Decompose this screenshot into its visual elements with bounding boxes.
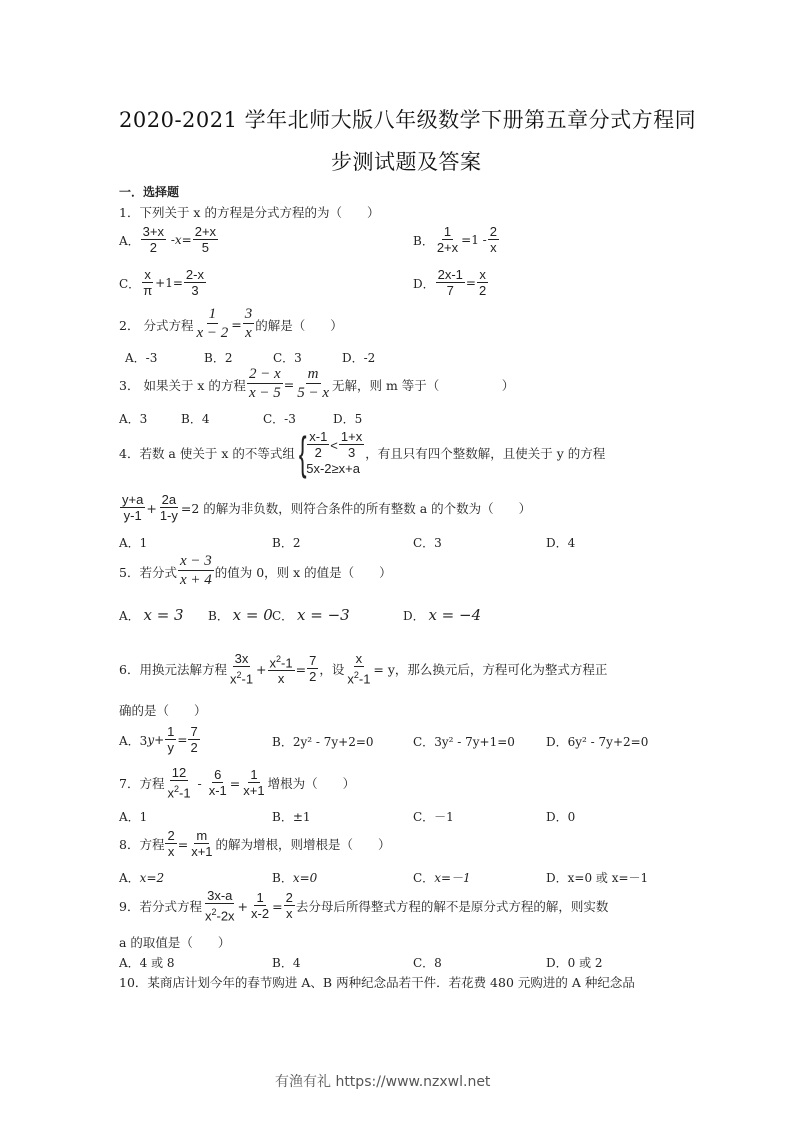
question-1-option-d: D．2x-17=x2 xyxy=(413,267,489,299)
question-9: 9．若分式方程3x-ax2-2x+1x-2=2x去分母后所得整式方程的解不是原分… xyxy=(119,888,608,924)
question-6-line-2: 确的是（ ） xyxy=(119,701,207,719)
question-1: 1．下列关于 x 的方程是分式方程的为（ ） xyxy=(119,203,379,221)
question-8-option-c: C．x=－1 xyxy=(413,869,471,886)
question-9-option-b: B．4 xyxy=(272,954,300,971)
question-10: 10．某商店计划今年的春节购进 A、B 两种纪念品若干件．若花费 480 元购进… xyxy=(119,973,635,991)
question-3-option-d: D．5 xyxy=(333,410,362,427)
question-2-option-d: D．-2 xyxy=(342,349,375,366)
question-2: 2． 分式方程1x − 2=3x的解是（ ） xyxy=(119,306,343,343)
question-2-equation: 1x − 2 xyxy=(194,306,230,343)
question-7: 7．方程12x2-1 - 6x-1=1x+1增根为（ ） xyxy=(119,765,355,801)
question-2-option-b: B．2 xyxy=(204,349,232,366)
question-7-option-b: B．±1 xyxy=(272,808,311,825)
question-7-equation: 12x2-1 xyxy=(165,765,192,801)
question-1-option-c: C．xπ+1=2-x3 xyxy=(119,267,207,299)
question-9-line-2: a 的取值是（ ） xyxy=(119,933,230,951)
question-5-option-c: C． x = −3 xyxy=(272,606,350,624)
question-4-option-a: A．1 xyxy=(119,534,147,551)
question-1-option-a: A．3+x2 - x=2+x5 xyxy=(119,224,219,256)
question-5-option-b: B． x = 0 xyxy=(208,606,273,624)
question-3-option-c: C．-3 xyxy=(263,410,296,427)
question-7-option-a: A．1 xyxy=(119,808,147,825)
question-8-option-d: D．x=0 或 x=－1 xyxy=(546,869,648,886)
question-4-option-d: D．4 xyxy=(546,534,575,551)
question-6-option-b: B．2y² - 7y+2=0 xyxy=(272,733,374,750)
question-8-option-b: B．x=0 xyxy=(272,869,317,886)
question-5-option-d: D． x = −4 xyxy=(403,606,481,624)
question-6-equation: 3xx2-1 xyxy=(228,651,255,687)
question-6: 6．用换元法解方程3xx2-1+x2-1x=72，设xx2-1= y，那么换元后… xyxy=(119,651,607,687)
question-3-equation: 2 − xx − 5 xyxy=(247,366,283,403)
question-6-option-d: D．6y² - 7y+2=0 xyxy=(546,733,648,750)
question-8-option-a: A．x=2 xyxy=(119,869,164,886)
question-4-option-c: C．3 xyxy=(413,534,442,551)
question-9-option-a: A．4 或 8 xyxy=(119,954,175,971)
footer-watermark: 有渔有礼 https://www.nzxwl.net xyxy=(275,1071,490,1091)
question-8: 8．方程2x=mx+1的解为增根，则增根是（ ） xyxy=(119,828,391,860)
question-5-option-a: A． x = 3 xyxy=(119,606,184,624)
question-6-option-a: A．3y+1y=72 xyxy=(119,724,201,756)
document-title-line-2: 步测试题及答案 xyxy=(331,146,482,176)
question-9-equation: 3x-ax2-2x xyxy=(203,888,237,924)
question-7-option-d: D．0 xyxy=(546,808,575,825)
question-9-option-d: D．0 或 2 xyxy=(546,954,603,971)
question-1-option-b: B．12+x=1 - 2x xyxy=(413,224,500,256)
question-7-option-c: C．－1 xyxy=(413,808,454,825)
question-4: 4．若数 a 使关于 x 的不等式组 { x-12<1+x3 5x-2≥x+a … xyxy=(119,429,605,476)
question-4-line-2: y+ay-1+2a1-y=2 的解为非负数，则符合条件的所有整数 a 的个数为（… xyxy=(119,492,531,524)
question-8-equation: 2x xyxy=(165,828,176,860)
question-9-option-c: C．8 xyxy=(413,954,442,971)
question-6-option-c: C．3y² - 7y+1=0 xyxy=(413,733,515,750)
question-3-option-a: A．3 xyxy=(119,410,147,427)
section-heading: 一．选择题 xyxy=(119,183,179,200)
question-2-option-c: C．3 xyxy=(273,349,302,366)
question-5-expression: x − 3x + 4 xyxy=(178,553,214,590)
question-4-inequality-system: { x-12<1+x3 5x-2≥x+a xyxy=(295,429,365,476)
question-3-option-b: B．4 xyxy=(181,410,209,427)
question-5: 5．若分式x − 3x + 4的值为 0，则 x 的值是（ ） xyxy=(119,553,392,590)
document-title-line-1: 2020-2021 学年北师大版八年级数学下册第五章分式方程同 xyxy=(119,104,696,134)
question-4-option-b: B．2 xyxy=(272,534,300,551)
question-2-option-a: A．-3 xyxy=(125,349,157,366)
question-3: 3． 如果关于 x 的方程2 − xx − 5=m5 − x无解，则 m 等于（… xyxy=(119,366,514,403)
